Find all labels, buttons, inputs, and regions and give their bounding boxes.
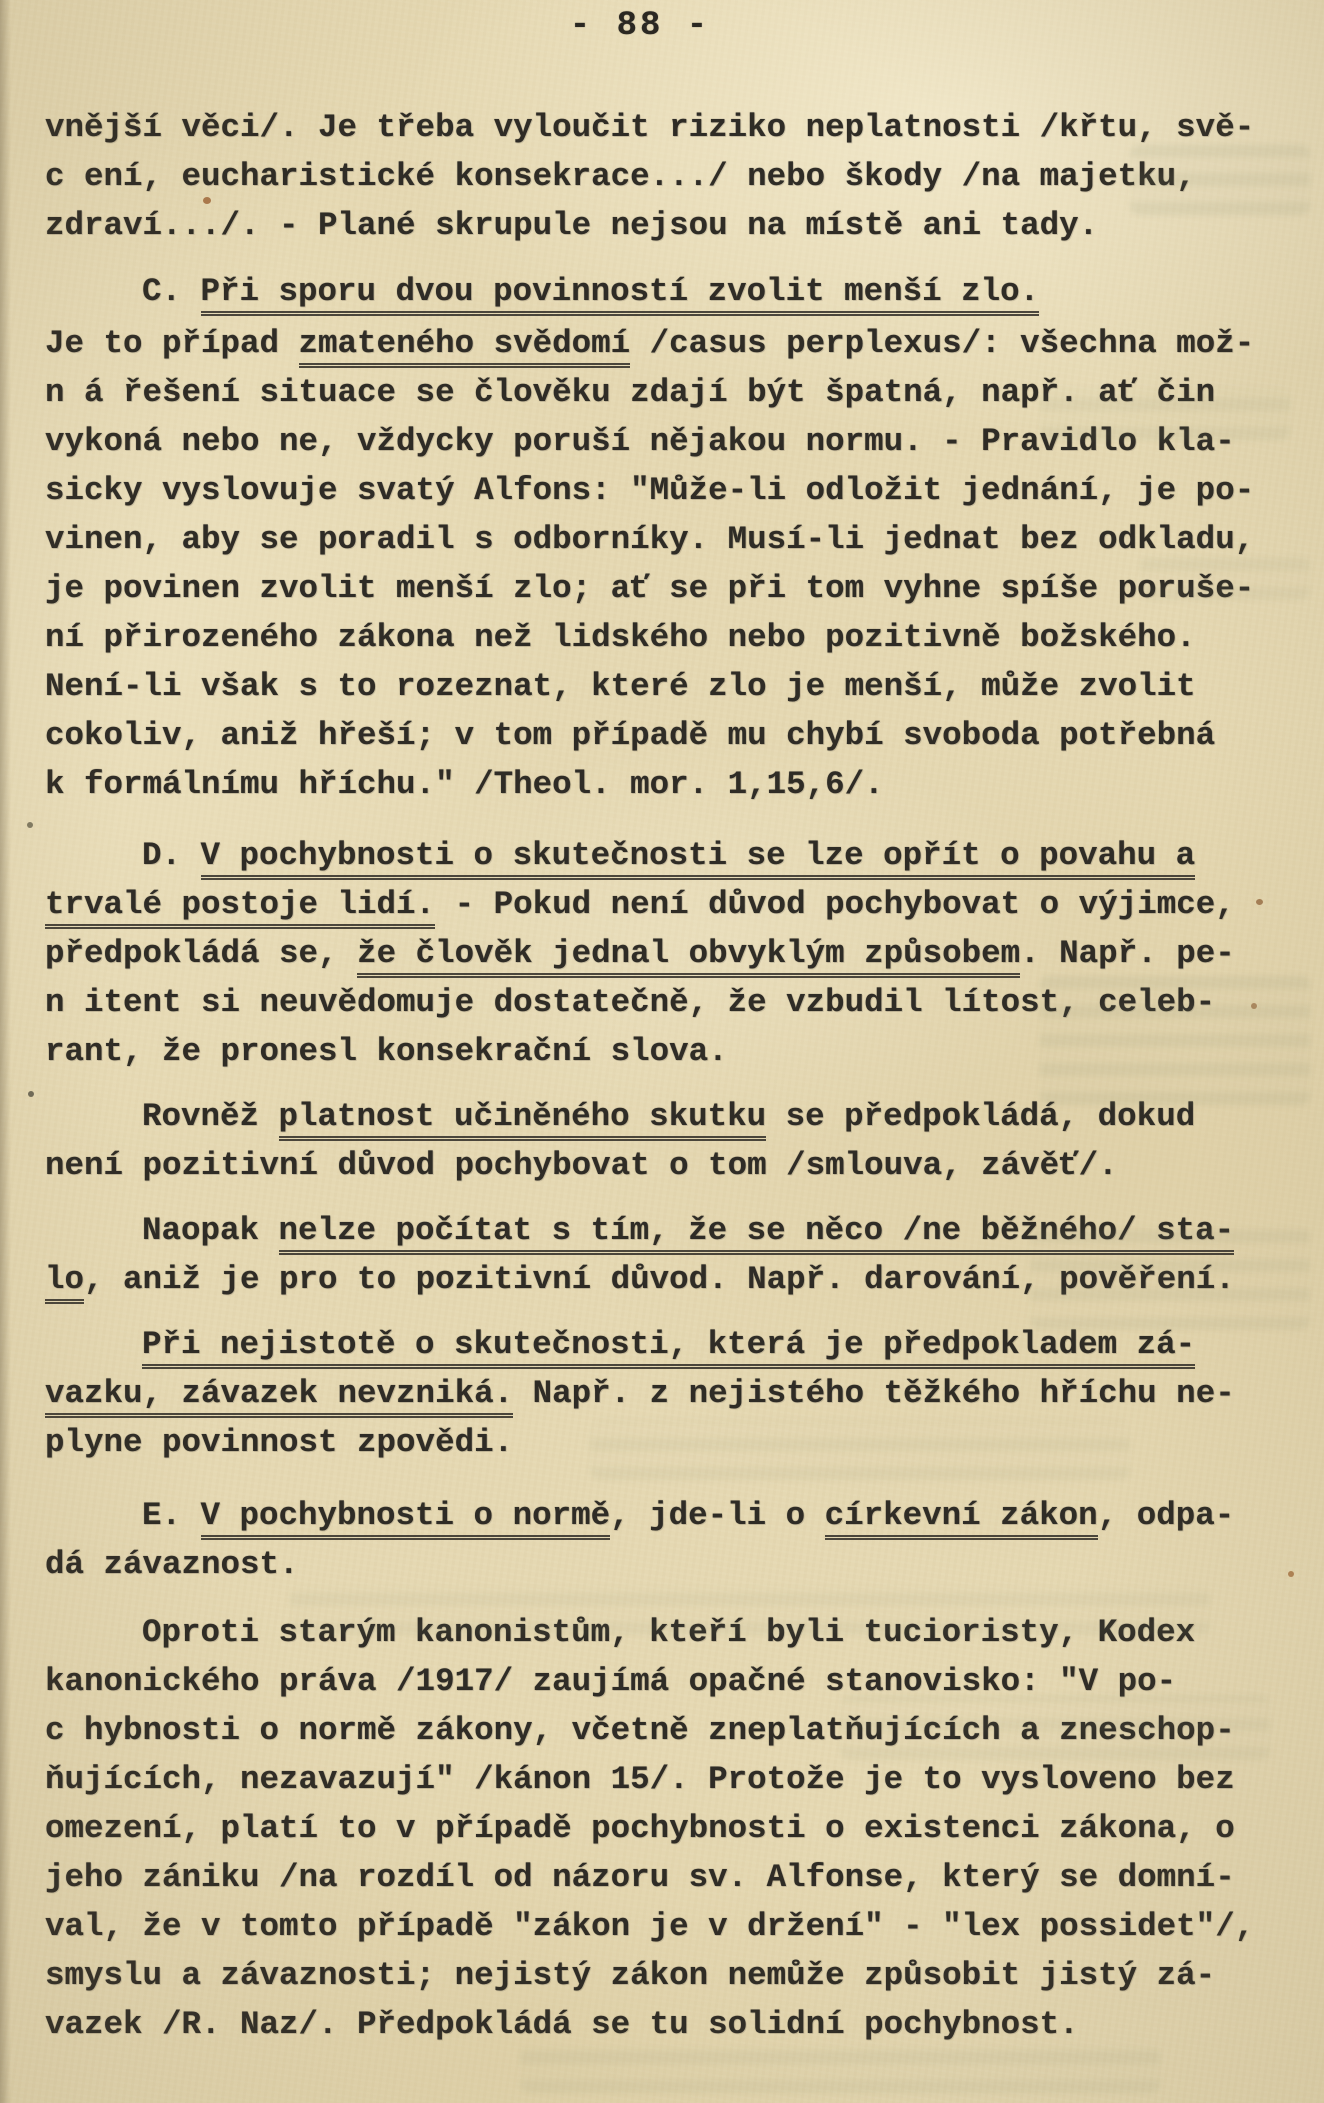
text-line: rant, že pronesl konsekrační slova. [45,1027,1285,1076]
text-line: E. V pochybnosti o normě, jde-li o círke… [45,1491,1285,1540]
text-line: k formálnímu hříchu." /Theol. mor. 1,15,… [45,760,1285,809]
paper-speck [1288,1571,1294,1577]
text-line: smyslu a závaznosti; nejistý zákon nemůž… [45,1951,1285,2000]
underlined-text: že člověk jednal obvyklým způsobem [357,935,1020,978]
text-segment: val, že v tomto případě "zákon je v drže… [45,1908,1254,1945]
text-segment: Naopak [142,1212,279,1249]
underlined-text: zmateného svědomí [299,325,631,368]
text-body: vnější věci/. Je třeba vyloučit riziko n… [45,103,1285,2049]
text-segment: n á řešení situace se člověku zdají být … [45,374,1215,411]
text-line: vnější věci/. Je třeba vyloučit riziko n… [45,103,1285,152]
text-segment: vnější věci/. Je třeba vyloučit riziko n… [45,109,1254,146]
text-segment: k formálnímu hříchu." /Theol. mor. 1,15,… [45,766,884,803]
text-segment: kanonického práva /1917/ zaujímá opačné … [45,1663,1176,1700]
scan-edge-shadow [0,0,11,2103]
text-segment: . Např. pe- [1020,935,1235,972]
paragraph: Oproti starým kanonistům, kteří byli tuc… [45,1608,1285,2049]
text-line: val, že v tomto případě "zákon je v drže… [45,1902,1285,1951]
text-segment: , jde-li o [610,1497,825,1534]
paragraph: D. V pochybnosti o skutečnosti se lze op… [45,831,1285,1076]
document-page: - 88 - vnější věci/. Je třeba vyloučit r… [0,0,1324,2103]
underlined-text: církevní zákon [825,1497,1098,1540]
text-segment: plyne povinnost zpovědi. [45,1424,513,1461]
paragraph: Je to případ zmateného svědomí /casus pe… [45,319,1285,809]
paragraph: E. V pochybnosti o normě, jde-li o círke… [45,1491,1285,1589]
text-segment: Oproti starým kanonistům, kteří byli tuc… [142,1614,1195,1651]
text-segment: je povinen zvolit menší zlo; ať se při t… [45,570,1254,607]
text-segment: smyslu a závaznosti; nejistý zákon nemůž… [45,1957,1215,1994]
text-segment: , odpa- [1098,1497,1235,1534]
text-line: jeho zániku /na rozdíl od názoru sv. Alf… [45,1853,1285,1902]
text-segment: předpokládá se, [45,935,357,972]
text-segment: , aniž je pro to pozitivní důvod. Např. … [84,1261,1235,1298]
page-number: - 88 - [0,7,1280,45]
text-segment: Rovněž [142,1098,279,1135]
text-line: vykoná nebo ne, vždycky poruší nějakou n… [45,417,1285,466]
text-segment: ní přirozeného zákona než lidského nebo … [45,619,1196,656]
text-line: je povinen zvolit menší zlo; ať se při t… [45,564,1285,613]
text-line: vazku, závazek nevzniká. Např. z nejisté… [45,1369,1285,1418]
text-line: omezení, platí to v případě pochybnosti … [45,1804,1285,1853]
text-line: vinen, aby se poradil s odborníky. Musí-… [45,515,1285,564]
underlined-text: V pochybnosti o normě [201,1497,611,1540]
text-segment: /casus perplexus/: všechna mož- [630,325,1254,362]
text-segment: vykoná nebo ne, vždycky poruší nějakou n… [45,423,1235,460]
text-line: Je to případ zmateného svědomí /casus pe… [45,319,1285,368]
text-line: Není-li však s to rozeznat, které zlo je… [45,662,1285,711]
text-segment: není pozitivní důvod pochybovat o tom /s… [45,1147,1118,1184]
text-segment: dá závaznost. [45,1546,299,1583]
text-line: zdraví.../. - Plané skrupule nejsou na m… [45,201,1285,250]
text-line: ňujících, nezavazují" /kánon 15/. Protož… [45,1755,1285,1804]
underlined-text: nelze počítat s tím, že se něco /ne běžn… [279,1212,1235,1255]
paper-speck [27,822,33,828]
text-line: ní přirozeného zákona než lidského nebo … [45,613,1285,662]
text-line: c ení, eucharistické konsekrace.../ nebo… [45,152,1285,201]
text-segment: c ení, eucharistické konsekrace.../ nebo… [45,158,1196,195]
text-segment: n itent si neuvědomuje dostatečně, že vz… [45,984,1215,1021]
underlined-text: vazku, závazek nevzniká. [45,1375,513,1418]
text-line: dá závaznost. [45,1540,1285,1589]
text-segment: - Pokud není důvod pochybovat o výjimce, [435,886,1235,923]
text-segment: C. [142,273,201,310]
paragraph: C. Při sporu dvou povinností zvolit menš… [45,267,1285,316]
underlined-text: V pochybnosti o skutečnosti se lze opřít… [201,837,1196,880]
paragraph: Rovněž platnost učiněného skutku se před… [45,1092,1285,1190]
underlined-text: platnost učiněného skutku [279,1098,767,1141]
paper-speck [28,1091,34,1097]
text-line: plyne povinnost zpovědi. [45,1418,1285,1467]
text-segment: D. [142,837,201,874]
text-segment: Např. z nejistého těžkého hříchu ne- [513,1375,1235,1412]
text-line: C. Při sporu dvou povinností zvolit menš… [45,267,1285,316]
text-segment: c hybnosti o normě zákony, včetně znepla… [45,1712,1235,1749]
text-segment: vinen, aby se poradil s odborníky. Musí-… [45,521,1254,558]
text-segment: sicky vyslovuje svatý Alfons: "Může-li o… [45,472,1254,509]
text-line: cokoliv, aniž hřeší; v tom případě mu ch… [45,711,1285,760]
text-line: předpokládá se, že člověk jednal obvyklý… [45,929,1285,978]
text-segment: E. [142,1497,201,1534]
text-line: D. V pochybnosti o skutečnosti se lze op… [45,831,1285,880]
bleedthrough-smudge [520,2045,1160,2093]
text-segment: zdraví.../. - Plané skrupule nejsou na m… [45,207,1098,244]
text-segment: Je to případ [45,325,299,362]
text-line: n á řešení situace se člověku zdají být … [45,368,1285,417]
underlined-text: trvalé postoje lidí. [45,886,435,929]
text-line: kanonického práva /1917/ zaujímá opačné … [45,1657,1285,1706]
paragraph: Při nejistotě o skutečnosti, která je př… [45,1320,1285,1467]
underlined-text: Při sporu dvou povinností zvolit menší z… [201,273,1040,316]
text-segment: omezení, platí to v případě pochybnosti … [45,1810,1235,1847]
text-line: není pozitivní důvod pochybovat o tom /s… [45,1141,1285,1190]
text-segment: Není-li však s to rozeznat, které zlo je… [45,668,1196,705]
text-line: Oproti starým kanonistům, kteří byli tuc… [45,1608,1285,1657]
text-line: Rovněž platnost učiněného skutku se před… [45,1092,1285,1141]
text-line: Při nejistotě o skutečnosti, která je př… [45,1320,1285,1369]
text-line: sicky vyslovuje svatý Alfons: "Může-li o… [45,466,1285,515]
text-line: lo, aniž je pro to pozitivní důvod. Např… [45,1255,1285,1304]
paragraph: vnější věci/. Je třeba vyloučit riziko n… [45,103,1285,250]
text-segment: vazek /R. Naz/. Předpokládá se tu solidn… [45,2006,1079,2043]
underlined-text: Při nejistotě o skutečnosti, která je př… [142,1326,1195,1369]
paragraph: Naopak nelze počítat s tím, že se něco /… [45,1206,1285,1304]
text-segment: rant, že pronesl konsekrační slova. [45,1033,728,1070]
text-line: n itent si neuvědomuje dostatečně, že vz… [45,978,1285,1027]
text-segment: cokoliv, aniž hřeší; v tom případě mu ch… [45,717,1215,754]
underlined-text: lo [45,1261,84,1304]
text-line: Naopak nelze počítat s tím, že se něco /… [45,1206,1285,1255]
text-segment: se předpokládá, dokud [766,1098,1195,1135]
text-segment: jeho zániku /na rozdíl od názoru sv. Alf… [45,1859,1235,1896]
text-line: trvalé postoje lidí. - Pokud není důvod … [45,880,1285,929]
text-line: c hybnosti o normě zákony, včetně znepla… [45,1706,1285,1755]
text-line: vazek /R. Naz/. Předpokládá se tu solidn… [45,2000,1285,2049]
text-segment: ňujících, nezavazují" /kánon 15/. Protož… [45,1761,1235,1798]
